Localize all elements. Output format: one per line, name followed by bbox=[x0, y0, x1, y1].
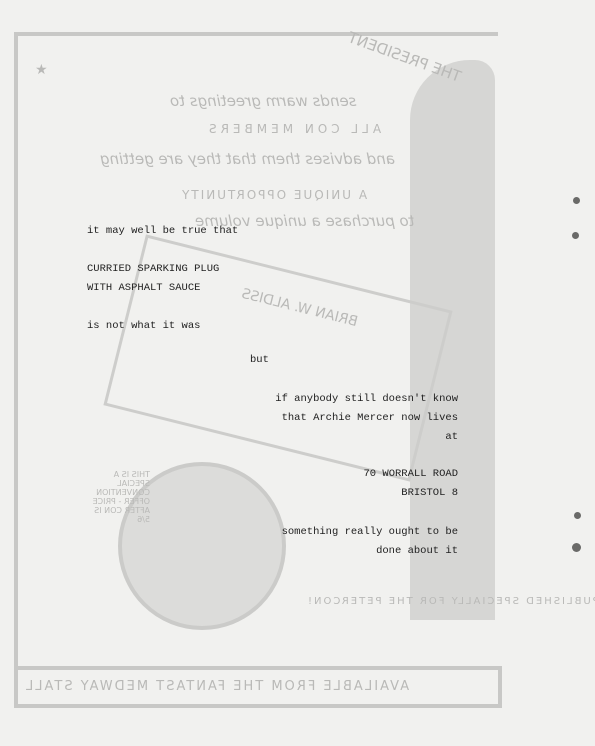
typed-line: that Archie Mercer now lives bbox=[282, 412, 458, 424]
punch-hole bbox=[572, 232, 579, 239]
typed-line: BRISTOL 8 bbox=[401, 487, 458, 499]
typed-line: CURRIED SPARKING PLUG bbox=[87, 263, 219, 275]
ghost-opportunity: A UNIQUE OPPORTUNITY bbox=[180, 188, 367, 202]
typed-line: WITH ASPHALT SAUCE bbox=[87, 282, 200, 294]
punch-hole bbox=[572, 543, 581, 552]
typed-line: is not what it was bbox=[87, 320, 200, 332]
ghost-greet: sends warm greetings to bbox=[170, 92, 357, 110]
typed-line: it may well be true that bbox=[87, 225, 238, 237]
typed-line: something really ought to be bbox=[282, 526, 458, 538]
ghost-published: PUBLISHED SPECIALLY FOR THE PETERCON! bbox=[306, 596, 595, 607]
star-icon: ★ bbox=[35, 62, 48, 78]
ghost-banner: AVAILABLE FROM THE FANTAST MEDWAY STALL bbox=[24, 679, 409, 694]
typed-line: but bbox=[250, 354, 269, 366]
punch-hole bbox=[573, 197, 580, 204]
ghost-advises: and advises them that they are getting bbox=[100, 150, 395, 168]
document-page: THE PRESIDENT ★ sends warm greetings to … bbox=[0, 0, 595, 746]
typed-line: done about it bbox=[376, 545, 458, 557]
typed-line: at bbox=[445, 431, 458, 443]
ghost-offer: THIS IS A SPECIAL CONVENTION OFFER - PRI… bbox=[90, 470, 150, 524]
typed-line: 70 WORRALL ROAD bbox=[363, 468, 458, 480]
punch-hole bbox=[574, 512, 581, 519]
ghost-members: ALL CON MEMBERS bbox=[205, 122, 381, 136]
typed-line: if anybody still doesn't know bbox=[275, 393, 458, 405]
